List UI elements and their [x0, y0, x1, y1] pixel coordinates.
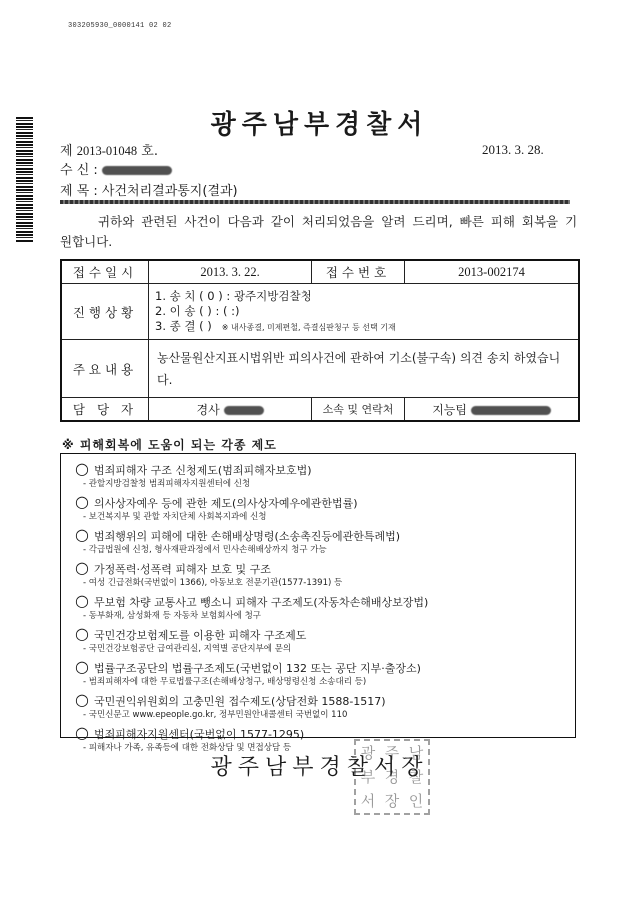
- page-title: 광주남부경찰서: [0, 104, 639, 141]
- program-item: ○ 범죄피해자 구조 신청제도(범죄피해자보호법)- 관할지방검찰청 범죄피해자…: [75, 459, 575, 491]
- case-number-value: 2013-002174: [405, 260, 580, 284]
- recipient-label: 수 신 :: [60, 163, 98, 178]
- program-title: 범죄피해자지원센터(국번없이 1577-1295): [94, 728, 304, 741]
- officer-rank: 경사: [196, 403, 219, 417]
- program-title: 무보험 차량 교통사고 뺑소니 피해자 구조제도(자동차손해배상보장법): [94, 596, 428, 609]
- programs-box: ○ 범죄피해자 구조 신청제도(범죄피해자보호법)- 관할지방검찰청 범죄피해자…: [60, 453, 576, 738]
- program-item: ○ 국민건강보험제도를 이용한 피해자 구조제도- 국민건강보험공단 급여관리실…: [75, 624, 575, 656]
- program-item: ○ 의사상자예우 등에 관한 제도(의사상자예우에관한법률)- 보건복지부 및 …: [75, 492, 575, 524]
- program-item: ○ 범죄행위의 피해에 대한 손해배상명령(소송촉진등에관한특례법)- 각급법원…: [75, 525, 575, 557]
- intro-paragraph: 귀하와 관련된 사건이 다음과 같이 처리되었음을 알려 드리며, 빠른 피해 …: [60, 212, 580, 252]
- program-title: 국민권익위원회의 고충민원 접수제도(상담전화 1588-1517): [94, 695, 386, 708]
- program-title: 가정폭력·성폭력 피해자 보호 및 구조: [94, 563, 271, 576]
- received-date-value: 2013. 3. 22.: [149, 260, 312, 284]
- progress-label: 진행상황: [61, 284, 149, 340]
- case-info-table: 접수일시 2013. 3. 22. 접수번호 2013-002174 진행상황 …: [60, 259, 580, 422]
- circle-bullet-icon: ○: [75, 723, 94, 742]
- circle-bullet-icon: ○: [75, 459, 94, 478]
- circle-bullet-icon: ○: [75, 657, 94, 676]
- received-date-label: 접수일시: [61, 260, 149, 284]
- case-number-label: 접수번호: [312, 260, 405, 284]
- circle-bullet-icon: ○: [75, 492, 94, 511]
- program-detail: - 범죄피해자에 대한 무료법률구조(손해배상청구, 배상명령신청 소송대리 등…: [75, 676, 575, 689]
- subject-line: 제 목 : 사건처리결과통지(결과): [60, 180, 238, 199]
- progress-note: ※ 내사종결, 미제편철, 즉결심판청구 등 선택 기재: [222, 323, 396, 332]
- program-title: 범죄피해자 구조 신청제도(범죄피해자보호법): [94, 464, 311, 477]
- redacted-officer-name: [224, 406, 264, 415]
- program-detail: - 관할지방검찰청 범죄피해자지원센터에 신청: [75, 478, 575, 491]
- seal-glyph: 서: [356, 789, 380, 813]
- program-item: ○ 무보험 차량 교통사고 뺑소니 피해자 구조제도(자동차손해배상보장법)- …: [75, 591, 575, 623]
- circle-bullet-icon: ○: [75, 624, 94, 643]
- contact-dept: 지능팀: [432, 403, 467, 417]
- program-detail: - 국민신문고 www.epeople.go.kr, 정부민원안내콜센터 국번없…: [75, 709, 575, 722]
- program-item: ○ 가정폭력·성폭력 피해자 보호 및 구조- 여성 긴급전화(국번없이 136…: [75, 558, 575, 590]
- issuer-signature: 광주남부경찰서장: [0, 750, 639, 781]
- seal-glyph: 인: [404, 789, 428, 813]
- programs-heading: ※ 피해회복에 도움이 되는 각종 제도: [62, 436, 277, 453]
- program-title: 국민건강보험제도를 이용한 피해자 구조제도: [94, 629, 306, 642]
- program-title: 의사상자예우 등에 관한 제도(의사상자예우에관한법률): [94, 497, 357, 510]
- program-detail: - 국민건강보험공단 급여관리실, 지역별 공단지부에 문의: [75, 643, 575, 656]
- circle-bullet-icon: ○: [75, 591, 94, 610]
- recipient-line: 수 신 :: [60, 159, 172, 178]
- program-detail: - 각급법원에 신청, 형사재판과정에서 민사손해배상까지 청구 가능: [75, 544, 575, 557]
- program-detail: - 동부화재, 삼성화재 등 자동차 보험회사에 청구: [75, 610, 575, 623]
- circle-bullet-icon: ○: [75, 690, 94, 709]
- progress-status-list: 1. 송 치 ( 0 ) : 광주지방검찰청 2. 이 송 ( ) : ( :)…: [149, 284, 580, 340]
- document-number: 제 2013-01048 호.: [60, 140, 158, 159]
- circle-bullet-icon: ○: [75, 525, 94, 544]
- content-value: 농산물원산지표시법위반 피의사건에 관하여 기소(불구속) 의견 송치 하였습니…: [149, 340, 580, 398]
- progress-item-transfer: 1. 송 치 ( 0 ) : 광주지방검찰청: [155, 289, 572, 304]
- progress-item-relocate: 2. 이 송 ( ) : ( :): [155, 304, 572, 319]
- doc-number-label: 제: [60, 144, 73, 159]
- progress-item-closed: 3. 종 결 ( )※ 내사종결, 미제편철, 즉결심판청구 등 선택 기재: [155, 319, 572, 335]
- contact-label: 소속 및 연락처: [312, 398, 405, 422]
- program-item: ○ 법률구조공단의 법률구조제도(국번없이 132 또는 공단 지부·출장소)-…: [75, 657, 575, 689]
- doc-number-value: 2013-01048: [77, 144, 137, 158]
- content-label: 주요내용: [61, 340, 149, 398]
- program-title: 법률구조공단의 법률구조제도(국번없이 132 또는 공단 지부·출장소): [94, 662, 421, 675]
- seal-glyph: 장: [380, 789, 404, 813]
- officer-value: 경사: [149, 398, 312, 422]
- program-item: ○ 국민권익위원회의 고충민원 접수제도(상담전화 1588-1517)- 국민…: [75, 690, 575, 722]
- document-id: 303205930_0000141 02 02: [68, 22, 172, 30]
- header-divider: [60, 200, 570, 204]
- subject-value: 사건처리결과통지(결과): [102, 184, 238, 199]
- contact-value: 지능팀: [405, 398, 580, 422]
- document-date: 2013. 3. 28.: [482, 142, 544, 158]
- program-title: 범죄행위의 피해에 대한 손해배상명령(소송촉진등에관한특례법): [94, 530, 400, 543]
- redacted-recipient: [102, 166, 172, 175]
- officer-label: 담 당 자: [61, 398, 149, 422]
- circle-bullet-icon: ○: [75, 558, 94, 577]
- subject-label: 제 목 :: [60, 184, 98, 199]
- redacted-contact-number: [471, 406, 551, 415]
- program-detail: - 여성 긴급전화(국번없이 1366), 아동보호 전문기관(1577-139…: [75, 577, 575, 590]
- doc-number-suffix: 호.: [141, 144, 158, 159]
- program-detail: - 보건복지부 및 관할 자치단체 사회복지과에 신청: [75, 511, 575, 524]
- progress-item-closed-text: 3. 종 결 ( ): [155, 319, 212, 333]
